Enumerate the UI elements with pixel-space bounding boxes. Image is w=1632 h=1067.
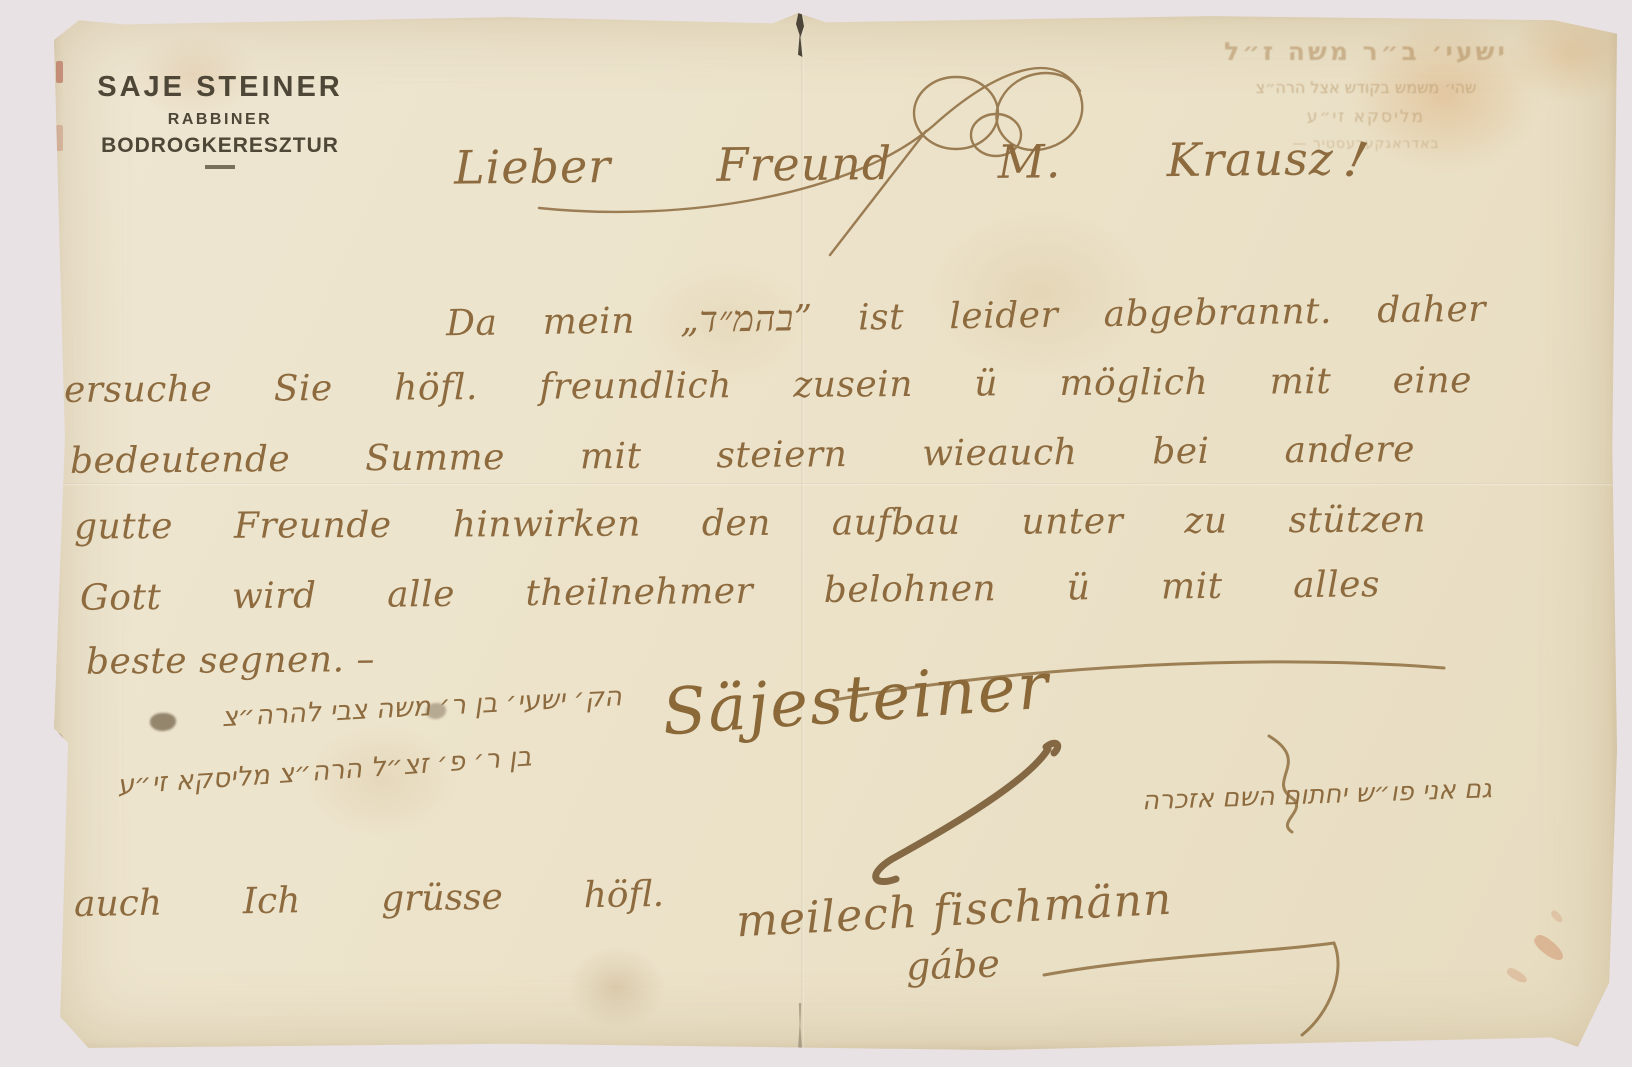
body-line: Gott wird alle theilnehmer belohnen ü mi… [80,564,1380,619]
hebrew-note-line: הק׳ ישעי׳ בן ר׳ משה צבי להרה״צ [92,681,623,740]
stain [1550,909,1565,924]
edge-mark [56,61,63,83]
stamp-line: מליסקא זי״ע [1182,107,1550,127]
body-line: ersuche Sie höfl. freundlich zusein ü mö… [64,360,1472,411]
body-line: bedeutende Summe mit steiern wieauch bei… [70,429,1415,482]
stain [1505,966,1529,985]
letterhead-title: RABBINER [94,111,346,129]
horizontal-fold-line [54,483,1617,486]
salutation: Lieber Freund M. Krausz [454,131,1335,194]
body-line: gutte Freunde hinwirken den aufbau unter… [74,499,1426,547]
second-signature-role: gábe [905,941,1000,988]
second-signature-flourish [1034,913,1354,1043]
letterhead-name: SAJE STEINER [94,71,346,104]
letterhead-rule [205,165,235,169]
closing-greeting: auch Ich grüsse höfl. [74,874,665,925]
edge-mark [56,125,63,151]
stain [1531,932,1566,964]
letter-photo: SAJE STEINER RABBINER BODROGKERESZTUR יש… [0,0,1632,1067]
hebrew-note-line: בן ר׳ פ׳ זצ״ל הרה״צ מליסקא זי״ע [81,741,532,803]
body-line: Da mein „בהמ״ד” ist leider abgebrannt. d… [446,288,1486,345]
paper-edge-tear [52,733,64,751]
letterhead-place: BODROGKERESZTUR [94,134,346,158]
letter-paper: SAJE STEINER RABBINER BODROGKERESZTUR יש… [54,13,1617,1050]
stamp-line: ישעי׳ ב״ר משה ז״ל [1182,37,1550,66]
body-line: beste segnen. – [86,636,686,682]
stamp-line: שהי׳ משמש בקודש אצל הרה״צ [1182,78,1550,97]
letterhead: SAJE STEINER RABBINER BODROGKERESZTUR [94,71,346,169]
